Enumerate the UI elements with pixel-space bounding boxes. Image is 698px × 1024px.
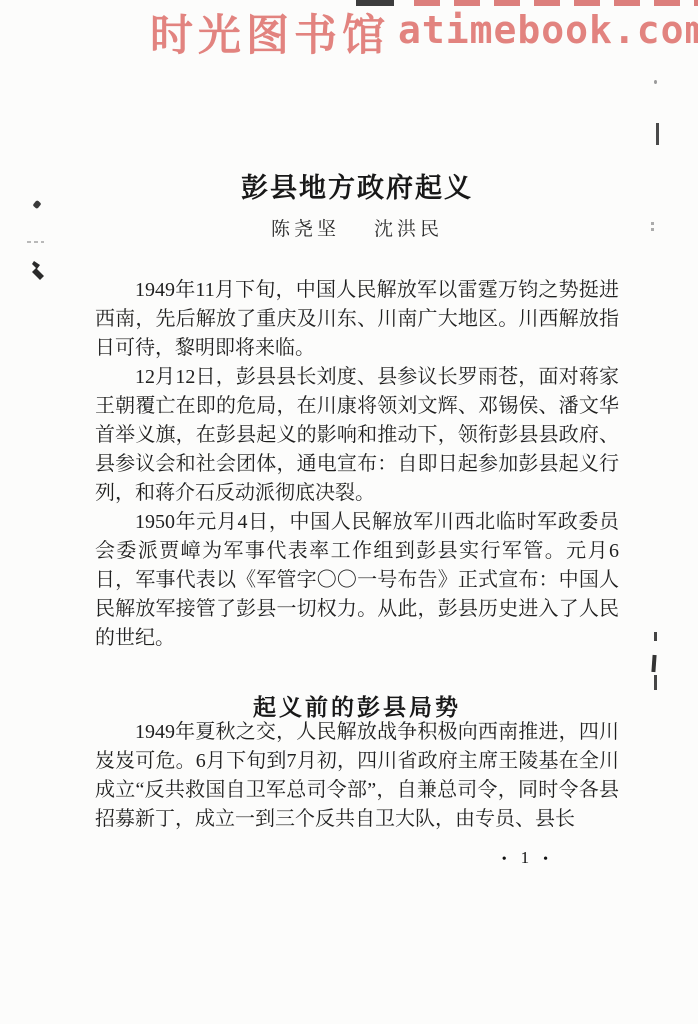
author-name: 陈尧坚	[271, 219, 340, 240]
section-paragraphs: 1949年夏秋之交，人民解放战争积极向西南推进，四川岌岌可危。6月下旬到7月初，…	[95, 718, 619, 834]
ink-mark	[32, 200, 41, 209]
author-name: 沈洪民	[374, 219, 443, 240]
page-number: •1•	[95, 848, 619, 868]
ink-mark	[654, 80, 657, 84]
ink-mark	[651, 655, 656, 672]
ink-mark	[31, 260, 45, 282]
ink-mark	[651, 222, 654, 232]
footer-dot: •	[543, 852, 548, 867]
paragraph: 1949年夏秋之交，人民解放战争积极向西南推进，四川岌岌可危。6月下旬到7月初，…	[95, 718, 619, 834]
paragraph: 1950年元月4日，中国人民解放军川西北临时军政委员会委派贾嶂为军事代表率工作组…	[95, 508, 619, 653]
ink-mark	[656, 123, 659, 145]
ink-mark	[654, 675, 657, 690]
watermark-site-name: 时光图书馆	[150, 2, 390, 63]
ink-mark	[654, 632, 657, 641]
paragraph: 1949年11月下旬，中国人民解放军以雷霆万钧之势挺进西南，先后解放了重庆及川东…	[95, 276, 619, 363]
author-line: 陈尧坚沈洪民	[95, 214, 619, 241]
watermark-dashed-line	[414, 0, 698, 6]
paragraph: 12月12日，彭县县长刘度、县参议长罗雨苍，面对蒋家王朝覆亡在即的危局，在川康将…	[95, 363, 619, 508]
footer-dot: •	[502, 852, 507, 867]
watermark-site-url: atimebook.com	[398, 8, 698, 52]
intro-paragraphs: 1949年11月下旬，中国人民解放军以雷霆万钧之势挺进西南，先后解放了重庆及川东…	[95, 276, 619, 653]
footer-page-number: 1	[521, 848, 530, 867]
scanned-book-page: 时光图书馆 atimebook.com 彭县地方政府起义 陈尧坚沈洪民 1949…	[0, 0, 698, 1024]
ink-mark	[27, 241, 44, 243]
article-title: 彭县地方政府起义	[95, 166, 619, 205]
